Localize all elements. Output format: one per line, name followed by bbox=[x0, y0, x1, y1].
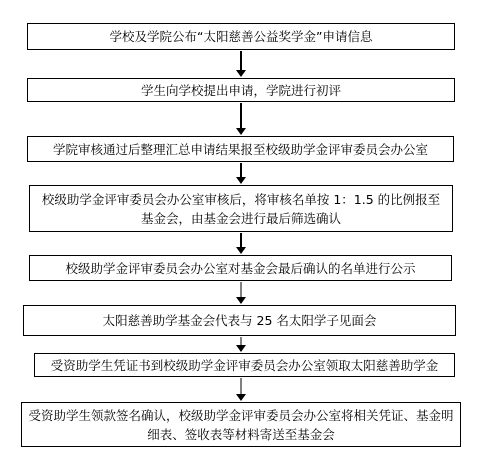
flowchart-canvas: 学校及学院公布“太阳慈善公益奖学金”申请信息 学生向学校提出申请，学院进行初评 … bbox=[0, 0, 480, 466]
flow-step-1: 学校及学院公布“太阳慈善公益奖学金”申请信息 bbox=[27, 23, 455, 50]
down-arrow-icon bbox=[235, 282, 247, 304]
flow-step-4: 校级助学金评审委员会办公室审核后，将审核名单按 1：1.5 的比例报至基金会，由… bbox=[29, 185, 453, 232]
down-arrow-icon bbox=[235, 233, 247, 254]
flow-step-3: 学院审核通过后整理汇总申请结果报至校级助学金评审委员会办公室 bbox=[27, 136, 454, 162]
down-arrow-icon bbox=[235, 103, 247, 135]
flow-step-6: 太阳慈善助学基金会代表与 25 名太阳学子见面会 bbox=[23, 305, 456, 336]
flow-step-label: 校级助学金评审委员会办公室对基金会最后确认的名单进行公示 bbox=[65, 259, 415, 278]
flow-step-label: 校级助学金评审委员会办公室审核后，将审核名单按 1：1.5 的比例报至基金会，由… bbox=[36, 190, 446, 228]
down-arrow-icon bbox=[235, 378, 247, 401]
flow-step-2: 学生向学校提出申请，学院进行初评 bbox=[27, 78, 455, 102]
flow-step-5: 校级助学金评审委员会办公室对基金会最后确认的名单进行公示 bbox=[29, 255, 452, 281]
flow-step-label: 受资助学生凭证书到校级助学金评审委员会办公室领取太阳慈善助学金 bbox=[51, 356, 439, 375]
flow-step-label: 学院审核通过后整理汇总申请结果报至校级助学金评审委员会办公室 bbox=[53, 140, 428, 159]
flow-step-label: 太阳慈善助学基金会代表与 25 名太阳学子见面会 bbox=[103, 311, 377, 330]
down-arrow-icon bbox=[235, 337, 247, 352]
flow-step-8: 受资助学生领款签名确认，校级助学金评审委员会办公室将相关凭证、基金明细表、签收表… bbox=[21, 402, 461, 447]
flow-step-label: 学校及学院公布“太阳慈善公益奖学金”申请信息 bbox=[110, 27, 373, 46]
flow-step-label: 受资助学生领款签名确认，校级助学金评审委员会办公室将相关凭证、基金明细表、签收表… bbox=[28, 406, 454, 444]
flow-step-7: 受资助学生凭证书到校级助学金评审委员会办公室领取太阳慈善助学金 bbox=[34, 353, 455, 377]
down-arrow-icon bbox=[235, 51, 247, 77]
down-arrow-icon bbox=[235, 163, 247, 184]
flow-step-label: 学生向学校提出申请，学院进行初评 bbox=[141, 81, 341, 100]
